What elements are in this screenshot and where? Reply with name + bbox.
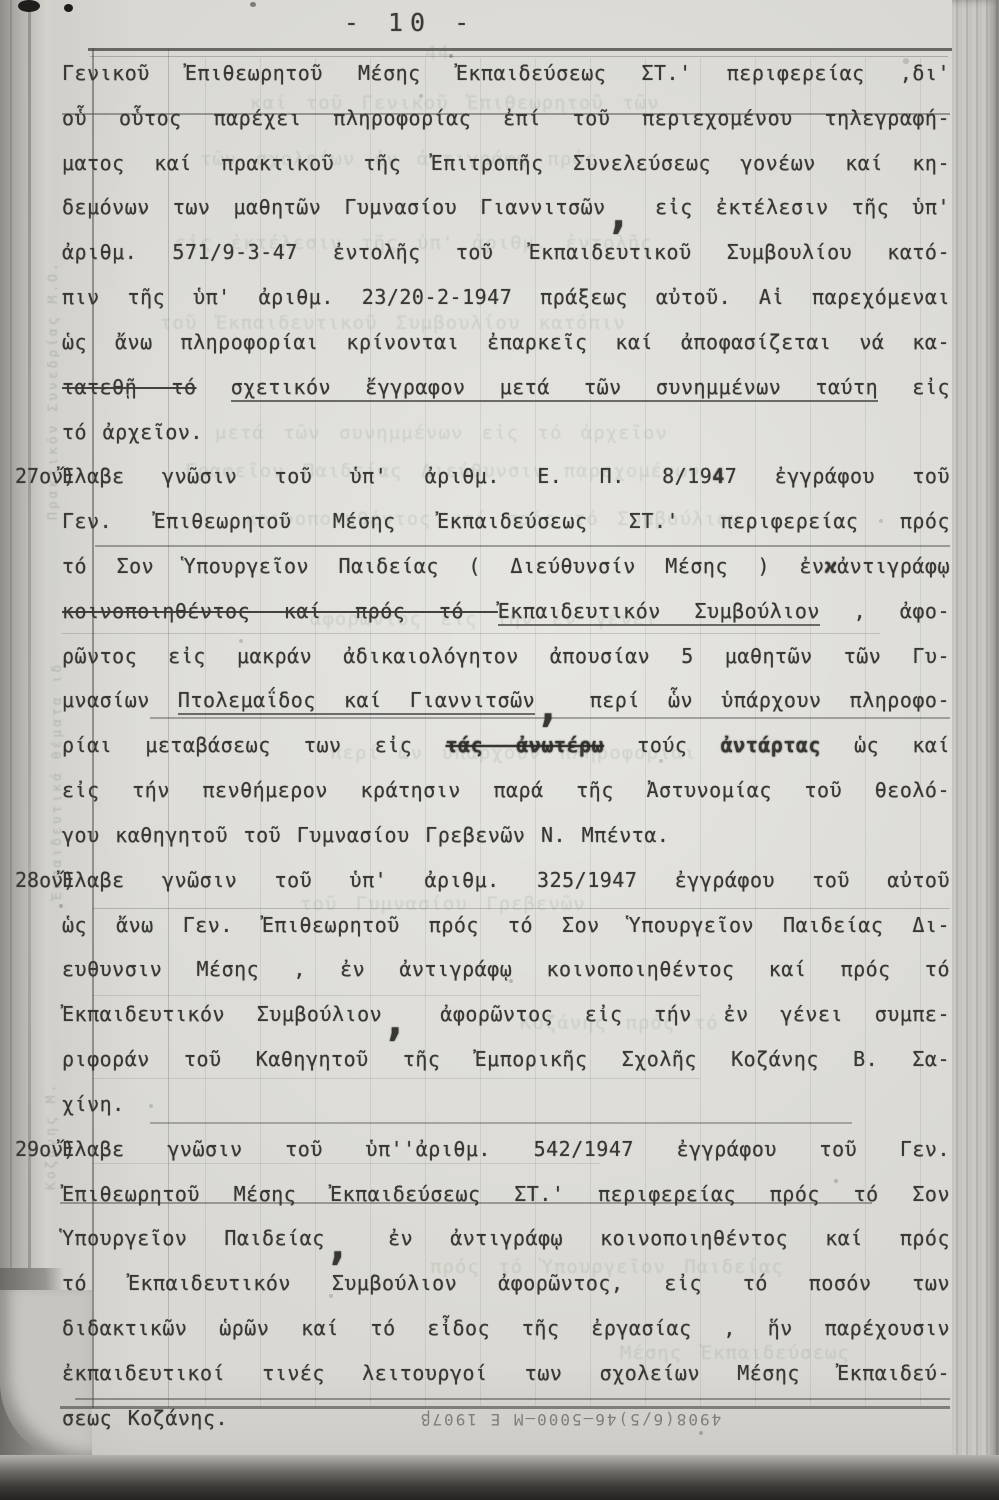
- printer-imprint-upside-down: 4908(6/5)46—5000—Μ Ε 1907β: [400, 1410, 740, 1429]
- text-segment: Ἔλαβε γνῶσιν τοῦ ὑπ''ἀριθμ. 542/1947 ἐγγ…: [62, 1137, 950, 1161]
- document-line: 29ον)Ἔλαβε γνῶσιν τοῦ ὑπ''ἀριθμ. 542/194…: [62, 1134, 950, 1164]
- document-line: ρῶντος εἰς μακράν ἀδικαιολόγητον ἀπουσία…: [62, 641, 950, 671]
- text-segment: ἀντιγράφῳ: [837, 554, 950, 578]
- text-segment: ἀφορῶντος εἰς τήν ἐν γένει συμπε-: [409, 1002, 950, 1026]
- text-segment: ὡς καί: [821, 733, 950, 757]
- text-segment: ματος καί πρακτικοῦ τῆς Ἐπιτροπῆς Συνελε…: [62, 151, 950, 175]
- document-line: ἐκπαιδευτικοί τινές λειτουργοί των σχολε…: [62, 1358, 950, 1388]
- text-segment: Ἐπιθεωρητοῦ Μέσης Ἐκπαιδεύσεως ΣΤ.' περι…: [62, 1182, 950, 1206]
- text-segment: ἐκπαιδευτικοί τινές λειτουργοί των σχολε…: [62, 1361, 950, 1385]
- handwritten-comma: ,: [325, 1220, 351, 1270]
- text-segment: τό Σον Ὑπουργεῖον Παιδείας ( Διεύθυνσίν …: [62, 554, 825, 578]
- text-segment: Γεν. Ἐπιθεωρητοῦ Μέσης Ἐκπαιδεύσεως ΣΤ.'…: [62, 509, 950, 533]
- text-segment: τό ἀρχεῖον.: [62, 420, 203, 444]
- text-segment: ϰ: [825, 554, 838, 578]
- text-segment: ἀριθμ. 571/9-3-47 ἐντολῆς τοῦ Ἐκπαιδευτι…: [62, 240, 950, 264]
- handwritten-comma: ,: [535, 682, 561, 732]
- text-segment: γου καθηγητοῦ τοῦ Γυμνασίου Γρεβενῶν Ν. …: [62, 823, 669, 847]
- text-segment: [197, 375, 231, 399]
- text-segment: περί ὧν ὑπάρχουν πληροφο-: [562, 688, 950, 712]
- text-segment: ρίαι μεταβάσεως των εἰς: [62, 733, 446, 757]
- scanned-minutes-page: - 10 - καί τοῦ Γενικοῦ Ἐπιθεωρητοῦ τῶντῶ…: [0, 0, 999, 1500]
- document-line: τό Ἐκπαιδευτικόν Συμβούλιον ἀφορῶντος, ε…: [62, 1268, 950, 1298]
- text-segment: Ἔλαβε γνῶσιν τοῦ ὑπ' ἀριθμ. 325/1947 ἐγγ…: [62, 868, 950, 892]
- document-line: δεμόνων των μαθητῶν Γυμνασίου Γιαννιτσῶν…: [62, 192, 950, 222]
- text-segment: δεμόνων των μαθητῶν Γυμνασίου Γιαννιτσῶν: [62, 195, 606, 219]
- text-segment: ἀντάρτας: [721, 733, 821, 757]
- document-line: μνασίων Πτολεμαΐδος καί Γιαννιτσῶν, περί…: [62, 685, 950, 715]
- text-segment: Ἔλαβε γνῶσιν τοῦ ὑπ' ἀριθμ. Ε. Π. 8/19: [62, 464, 712, 488]
- document-line: τό ἀρχεῖον.: [62, 417, 950, 447]
- text-segment: , ἀφο-: [820, 599, 950, 623]
- text-segment: ριφοράν τοῦ Καθηγητοῦ τῆς Ἐμπορικῆς Σχολ…: [62, 1047, 950, 1071]
- text-segment: κοινοποιηθέντος καί πρός τό: [62, 599, 498, 623]
- text-segment: οὗ οὗτος παρέχει πληροφορίας ἐπί τοῦ περ…: [62, 106, 950, 130]
- document-line: τατεθῇ τό σχετικόν ἔγγραφον μετά τῶν συν…: [62, 372, 950, 402]
- document-line: ριφοράν τοῦ Καθηγητοῦ τῆς Ἐμπορικῆς Σχολ…: [62, 1044, 950, 1074]
- text-segment: ρῶντος εἰς μακράν ἀδικαιολόγητον ἀπουσία…: [62, 644, 950, 668]
- text-segment: Ἐκπαιδευτικόν Συμβούλιον: [498, 599, 820, 626]
- text-segment: ἐν ἀντιγράφῳ κοινοποιηθέντος καί πρός: [351, 1226, 950, 1250]
- text-segment: 7 ἐγγράφου τοῦ: [725, 464, 950, 488]
- document-line: 28ον)Ἔλαβε γνῶσιν τοῦ ὑπ' ἀριθμ. 325/194…: [62, 865, 950, 895]
- document-line: Γενικοῦ Ἐπιθεωρητοῦ Μέσης Ἐκπαιδεύσεως Σ…: [62, 58, 950, 88]
- document-line: ὡς ἄνω πληροφορίαι κρίνονται ἐπαρκεῖς κα…: [62, 327, 950, 357]
- document-line: τό Σον Ὑπουργεῖον Παιδείας ( Διεύθυνσίν …: [62, 551, 950, 581]
- text-segment: τάς ἀνωτέρω: [446, 733, 605, 757]
- text-segment: ὡς ἄνω πληροφορίαι κρίνονται ἐπαρκεῖς κα…: [62, 330, 950, 354]
- text-segment: Πτολεμαΐδος καί Γιαννιτσῶν: [178, 688, 535, 715]
- text-segment: Ὑπουργεῖον Παιδείας: [62, 1226, 325, 1250]
- text-segment: πιν τῆς ὑπ' ἀριθμ. 23/20-2-1947 πράξεως …: [62, 285, 950, 309]
- document-line: Ὑπουργεῖον Παιδείας, ἐν ἀντιγράφῳ κοινοπ…: [62, 1223, 950, 1253]
- document-line: γου καθηγητοῦ τοῦ Γυμνασίου Γρεβενῶν Ν. …: [62, 820, 950, 850]
- document-line: Ἐπιθεωρητοῦ Μέσης Ἐκπαιδεύσεως ΣΤ.' περι…: [62, 1179, 950, 1209]
- text-segment: εἰς: [878, 375, 950, 399]
- text-segment: σχετικόν ἔγγραφον μετά τῶν συνημμένων τα…: [231, 375, 878, 402]
- item-number-marker: 27ον): [15, 461, 75, 491]
- document-line: ματος καί πρακτικοῦ τῆς Ἐπιτροπῆς Συνελε…: [62, 148, 950, 178]
- document-line: ἀριθμ. 571/9-3-47 ἐντολῆς τοῦ Ἐκπαιδευτι…: [62, 237, 950, 267]
- text-segment: εἰς ἐκτέλεσιν τῆς ὑπ': [632, 195, 950, 219]
- text-segment: σεως Κοζάνης.: [62, 1406, 228, 1430]
- typed-text-block: Γενικοῦ Ἐπιθεωρητοῦ Μέσης Ἐκπαιδεύσεως Σ…: [0, 0, 999, 1500]
- document-line: Ἐκπαιδευτικόν Συμβούλιον, ἀφορῶντος εἰς …: [62, 999, 950, 1029]
- document-line: εἰς τήν πενθήμερον κράτησιν παρά τῆς Ἀστ…: [62, 775, 950, 805]
- document-line: κοινοποιηθέντος καί πρός τό Ἐκπαιδευτικό…: [62, 596, 950, 626]
- item-number-marker: 28ον): [15, 865, 75, 895]
- handwritten-comma: ,: [382, 996, 408, 1046]
- document-line: Γεν. Ἐπιθεωρητοῦ Μέσης Ἐκπαιδεύσεως ΣΤ.'…: [62, 506, 950, 536]
- document-line: διδακτικῶν ὡρῶν καί τό εἶδος τῆς ἐργασία…: [62, 1313, 950, 1343]
- text-segment: χίνη.: [62, 1092, 125, 1116]
- text-segment: τατεθῇ τό: [62, 375, 197, 399]
- text-segment: εἰς τήν πενθήμερον κράτησιν παρά τῆς Ἀστ…: [62, 778, 950, 802]
- dust-speckles: [0, 0, 2, 2]
- handwritten-comma: ,: [606, 189, 632, 239]
- text-segment: Γενικοῦ Ἐπιθεωρητοῦ Μέσης Ἐκπαιδεύσεως Σ…: [62, 61, 950, 85]
- text-segment: ὡς ἄνω Γεν. Ἐπιθεωρητοῦ πρός τό Σον Ὑπου…: [62, 913, 950, 937]
- text-segment: Ἐκπαιδευτικόν Συμβούλιον: [62, 1002, 382, 1026]
- text-segment: μνασίων: [62, 688, 178, 712]
- document-line: πιν τῆς ὑπ' ἀριθμ. 23/20-2-1947 πράξεως …: [62, 282, 950, 312]
- document-line: οὗ οὗτος παρέχει πληροφορίας ἐπί τοῦ περ…: [62, 103, 950, 133]
- document-line: ρίαι μεταβάσεως των εἰς τάς ἀνωτέρω τούς…: [62, 730, 950, 760]
- document-line: 27ον)Ἔλαβε γνῶσιν τοῦ ὑπ' ἀριθμ. Ε. Π. 8…: [62, 461, 950, 491]
- text-segment: ευθυνσιν Μέσης , ἐν ἀντιγράφῳ κοινοποιηθ…: [62, 957, 950, 981]
- document-line: ὡς ἄνω Γεν. Ἐπιθεωρητοῦ πρός τό Σον Ὑπου…: [62, 910, 950, 940]
- document-line: χίνη.: [62, 1089, 950, 1119]
- text-segment: τό Ἐκπαιδευτικόν Συμβούλιον ἀφορῶντος, ε…: [62, 1271, 950, 1295]
- item-number-marker: 29ον): [15, 1134, 75, 1164]
- text-segment: 4: [712, 464, 725, 488]
- document-line: ευθυνσιν Μέσης , ἐν ἀντιγράφῳ κοινοποιηθ…: [62, 954, 950, 984]
- text-segment: τούς: [604, 733, 721, 757]
- text-segment: διδακτικῶν ὡρῶν καί τό εἶδος τῆς ἐργασία…: [62, 1316, 950, 1340]
